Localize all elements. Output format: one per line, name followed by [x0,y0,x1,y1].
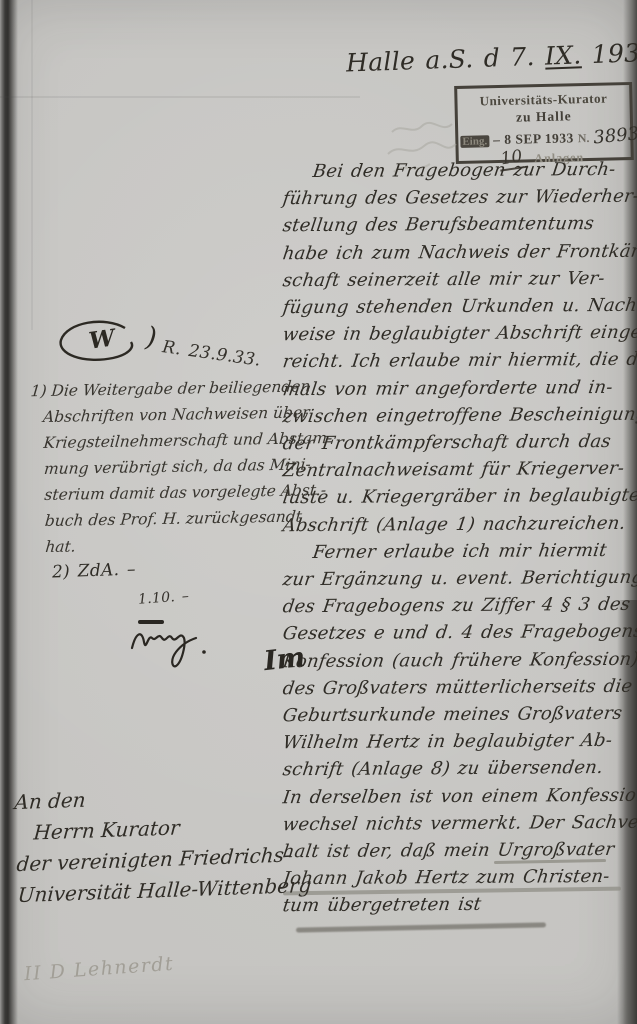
stamp-received-date: – 8 SEP 1933 [493,130,574,148]
dateline-month: IX. [544,40,582,70]
body-line: des Großvaters mütterlicherseits die [281,673,637,703]
body-line: des Fragebogens zu Ziffer 4 § 3 des [281,591,637,621]
body-line: stellung des Berufsbeamtentums [281,210,637,240]
body-line: zur Ergänzung u. event. Berichtigung [281,564,637,594]
body-line: schrift (Anlage 8) zu übersenden. [281,754,637,784]
body-line: habe ich zum Nachweis der Frontkämpfer- [281,237,637,267]
body-line: Geburtsurkunde meines Großvaters [281,700,637,730]
stamp-org-line2: zu Halle [458,107,630,127]
pencil-rule-bottom [296,922,546,932]
body-line: der Frontkämpferschaft durch das [281,428,637,458]
dateline-place: Halle a.S. d 7. [346,42,536,78]
margin-note-2: 2) ZdA. – [52,560,136,583]
registry-date: R. 23.9.33. [161,337,262,371]
body-line: zwischen eingetroffene Bescheinigung [281,401,637,431]
body-line: Wilhelm Hertz in beglaubigter Ab- [281,727,637,757]
receipt-stamp: Universitäts-Kurator zu Halle Eing. – 8 … [454,82,634,164]
body-line: Bei den Fragebogen zur Durch- [281,156,637,186]
margin-note-line: hat. [32,530,292,561]
stamp-number-label: N. [578,131,590,146]
letter-body: Bei den Fragebogen zur Durch-führung des… [283,157,635,919]
body-line: In derselben ist von einem Konfessions- [281,781,637,811]
paper-crease-horizontal [0,96,360,98]
paren-mark: ) [144,322,158,354]
circled-mark-glyph: W [87,324,116,354]
body-line: tum übergetreten ist [281,890,637,920]
file-reference-pencil: II D Lehnerdt [23,953,174,985]
body-line: Abschrift (Anlage 1) nachzureichen. [281,509,637,539]
body-line: weise in beglaubigter Abschrift einge- [281,319,637,349]
body-line: wechsel nichts vermerkt. Der Sachver- [281,809,637,839]
body-line: reicht. Ich erlaube mir hiermit, die da- [281,346,637,376]
body-line: führung des Gesetzes zur Wiederher- [281,183,637,213]
body-line: schaft seinerzeit alle mir zur Ver- [281,265,637,295]
address-block: An denHerrn Kuratorder vereinigten Fried… [14,777,312,911]
body-line: fügung stehenden Urkunden u. Nach- [281,292,637,322]
body-line: Konfession (auch frühere Konfession) [281,645,637,675]
paper-crease-vertical [31,0,33,330]
margin-note: 1) Die Weitergabe der beiliegendenAbschr… [30,374,291,560]
circled-margin-mark: W [55,320,147,364]
body-line: Gesetzes e und d. 4 des Fragebogens [281,618,637,648]
margin-check-mark: Im [262,642,306,677]
scanned-letter-page: Halle a.S. d 7. IX. 1933 Universitäts-Ku… [0,0,637,1024]
margin-note-date: 1.10. – [138,588,190,608]
dateline-year: 1933 [591,38,637,69]
stamp-number-value: 3893 [593,123,637,148]
signature-paraph [124,608,220,670]
body-line: luste u. Kriegergräber in beglaubigter [281,482,637,512]
body-line: mals von mir angeforderte und in- [281,373,637,403]
body-line: Ferner erlaube ich mir hiermit [281,537,637,567]
body-line: Zentralnachweisamt für Kriegerver- [281,455,637,485]
dateline: Halle a.S. d 7. IX. 1933 [346,39,607,77]
